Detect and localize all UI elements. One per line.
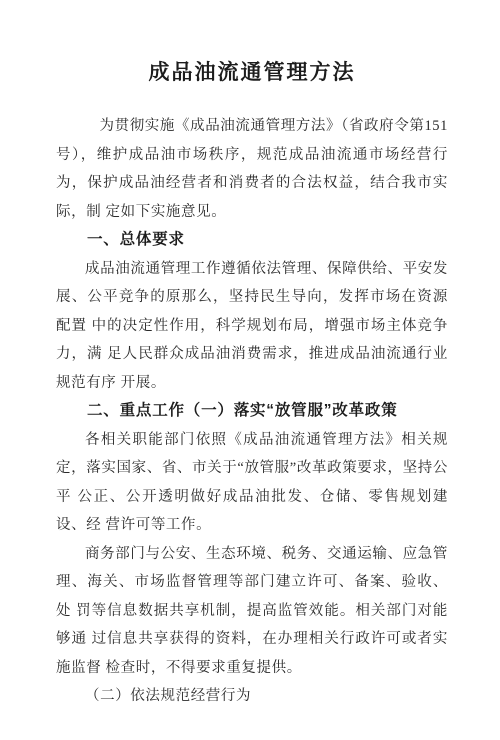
paragraph-info-sharing: 商务部门与公安、生态环境、税务、交通运输、应急管 理、海关、市场监督管理等部门建… <box>56 540 448 683</box>
paragraph-general-requirements: 成品油流通管理工作遵循依法管理、保障供给、平安发 展、公平竞争的原那么，坚持民生… <box>56 255 448 398</box>
paragraph-reform-policy: 各相关职能部门依照《成品油流通管理方法》相关规定，落实国家、省、市关于“放管服”… <box>56 426 448 540</box>
document-page: 成品油流通管理方法 为贯彻实施《成品油流通管理方法》（省政府令第151号），维护… <box>0 0 500 740</box>
section-heading-general-requirements: 一、总体要求 <box>56 226 448 255</box>
section-heading-key-work: 二、重点工作（一）落实“放管服”改革政策 <box>56 397 448 426</box>
document-title: 成品油流通管理方法 <box>56 56 448 90</box>
subsection-heading-lawful-operation: （二）依法规范经营行为 <box>56 682 448 711</box>
paragraph-intro: 为贯彻实施《成品油流通管理方法》（省政府令第151号），维护成品油市场秩序，规范… <box>56 112 448 226</box>
